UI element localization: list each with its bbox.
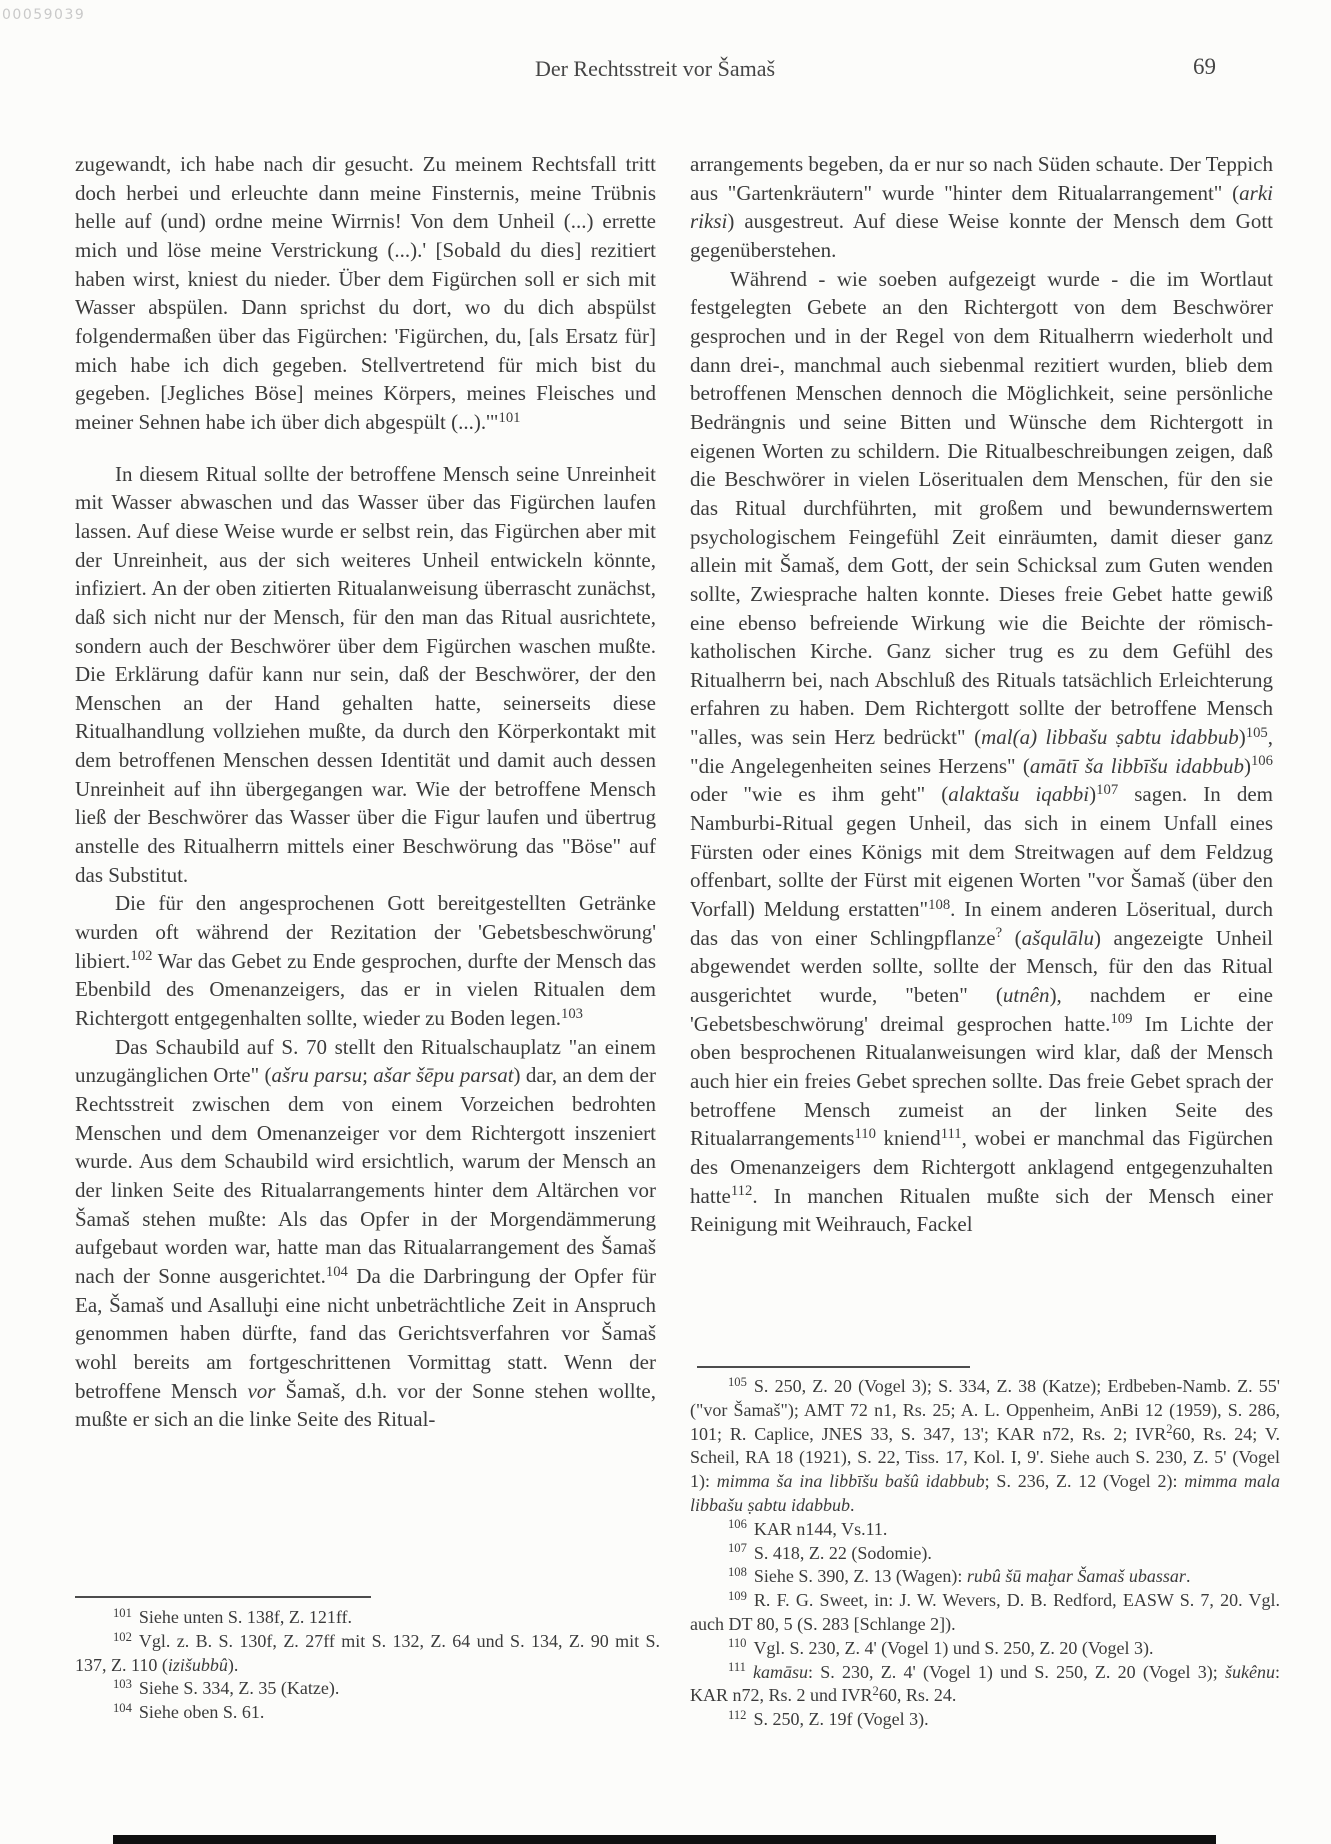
- footnote: 108Siehe S. 390, Z. 13 (Wagen): rubû šū …: [690, 1565, 1280, 1589]
- footnote-marker: 111: [941, 1126, 962, 1142]
- text-run: S. 250, Z. 19f (Vogel 3).: [753, 1709, 928, 1729]
- text-run: Siehe S. 334, Z. 35 (Katze).: [139, 1678, 339, 1698]
- footnote-number: 102: [113, 1630, 132, 1644]
- footnote-number: 105: [728, 1375, 747, 1389]
- footnote-number: 111: [728, 1660, 746, 1674]
- italic-term: kamāsu: [753, 1662, 808, 1682]
- right-text-column: arrangements begeben, da er nur so nach …: [690, 150, 1273, 1239]
- footnote-number: 108: [728, 1565, 747, 1579]
- text-run: R. F. G. Sweet, in: J. W. Wevers, D. B. …: [690, 1590, 1280, 1634]
- italic-term: šukênu: [1225, 1662, 1275, 1682]
- text-run: In diesem Ritual sollte der betroffene M…: [75, 462, 656, 887]
- scan-edge-artifact: [113, 1835, 1216, 1844]
- footnote: 105S. 250, Z. 20 (Vogel 3); S. 334, Z. 3…: [690, 1375, 1280, 1518]
- footnote-number: 103: [113, 1677, 132, 1691]
- italic-term: alaktašu iqabbi: [948, 782, 1089, 806]
- text-run: S. 418, Z. 22 (Sodomie).: [754, 1543, 932, 1563]
- footnote: 107S. 418, Z. 22 (Sodomie).: [690, 1542, 1280, 1566]
- footnote-marker: 106: [1251, 753, 1273, 769]
- footnote-marker: 108: [928, 897, 950, 913]
- italic-term: vor: [247, 1379, 275, 1403]
- paragraph: Während - wie soeben aufgezeigt wurde - …: [690, 265, 1273, 1239]
- footnote-marker: 110: [854, 1126, 876, 1142]
- footnote-marker: 102: [130, 948, 152, 964]
- italic-term: utnên: [1003, 983, 1050, 1007]
- text-run: Siehe S. 390, Z. 13 (Wagen):: [754, 1566, 967, 1586]
- text-run: Siehe unten S. 138f, Z. 121ff.: [139, 1607, 352, 1627]
- footnote-marker: 104: [326, 1264, 348, 1280]
- italic-term: ašru parsu: [272, 1063, 363, 1087]
- text-run: ): [1244, 754, 1251, 778]
- footnote-marker: 107: [1096, 782, 1118, 798]
- footnote: 104Siehe oben S. 61.: [75, 1701, 660, 1725]
- scanned-book-page: 00059039 Der Rechtsstreit vor Šamaš 69 z…: [0, 0, 1331, 1844]
- text-run: . In manchen Ritualen mußte sich der Men…: [690, 1184, 1273, 1237]
- text-run: ; S. 236, Z. 12 (Vogel 2):: [985, 1471, 1185, 1491]
- text-run: KAR n144, Vs.11.: [754, 1519, 888, 1539]
- footnote-number: 106: [728, 1517, 747, 1531]
- footnote: 110Vgl. S. 230, Z. 4' (Vogel 1) und S. 2…: [690, 1637, 1280, 1661]
- footnote-number: 110: [728, 1636, 746, 1650]
- italic-term: izišubbû: [168, 1655, 228, 1675]
- text-run: oder "wie es ihm geht" (: [690, 782, 948, 806]
- text-run: (: [1002, 926, 1022, 950]
- footnote-number: 101: [113, 1606, 132, 1620]
- footnote-separator-right: [697, 1366, 970, 1368]
- text-run: ) ausgestreut. Auf diese Weise konnte de…: [690, 209, 1273, 262]
- footnote-marker: 105: [1246, 725, 1268, 741]
- footnote: 103Siehe S. 334, Z. 35 (Katze).: [75, 1677, 660, 1701]
- text-run: Siehe oben S. 61.: [139, 1702, 265, 1722]
- footnote-number: 109: [728, 1589, 747, 1603]
- text-run: .: [850, 1495, 855, 1515]
- text-run: Vgl. S. 230, Z. 4' (Vogel 1) und S. 250,…: [753, 1638, 1153, 1658]
- text-run: 60, Rs. 24.: [879, 1685, 957, 1705]
- text-run: Vgl. z. B. S. 130f, Z. 27ff mit S. 132, …: [75, 1631, 660, 1675]
- footnote-separator-left: [75, 1596, 371, 1598]
- italic-term: mal(a) libbašu ṣabtu idabbub: [981, 725, 1239, 749]
- left-text-column: zugewandt, ich habe nach dir gesucht. Zu…: [75, 150, 656, 1434]
- footnote-number: 112: [728, 1708, 746, 1722]
- footnote: 102Vgl. z. B. S. 130f, Z. 27ff mit S. 13…: [75, 1630, 660, 1678]
- footnote-marker: ?: [996, 925, 1003, 941]
- italic-term: ašqulālu: [1022, 926, 1094, 950]
- footnote-marker: 101: [498, 410, 520, 426]
- text-run: arrangements begeben, da er nur so nach …: [690, 152, 1273, 205]
- text-run: : S. 230, Z. 4' (Vogel 1) und S. 250, Z.…: [808, 1662, 1225, 1682]
- text-run: zugewandt, ich habe nach dir gesucht. Zu…: [75, 152, 656, 434]
- footnotes-left: 101Siehe unten S. 138f, Z. 121ff.102Vgl.…: [75, 1606, 660, 1725]
- text-run: Während - wie soeben aufgezeigt wurde - …: [690, 267, 1273, 750]
- paragraph: In diesem Ritual sollte der betroffene M…: [75, 460, 656, 890]
- paragraph: zugewandt, ich habe nach dir gesucht. Zu…: [75, 150, 656, 437]
- footnote: 111kamāsu: S. 230, Z. 4' (Vogel 1) und S…: [690, 1661, 1280, 1709]
- footnote-marker: 103: [561, 1006, 583, 1022]
- text-run: ;: [362, 1063, 373, 1087]
- text-run: ).: [228, 1655, 239, 1675]
- paragraph: Das Schaubild auf S. 70 stellt den Ritua…: [75, 1033, 656, 1434]
- footnote-number: 107: [728, 1541, 747, 1555]
- text-run: .: [1186, 1566, 1191, 1586]
- paragraph: Die für den angesprochenen Gott bereitge…: [75, 889, 656, 1032]
- running-header-title: Der Rechtsstreit vor Šamaš: [75, 56, 1235, 82]
- footnote: 109R. F. G. Sweet, in: J. W. Wevers, D. …: [690, 1589, 1280, 1637]
- page-number: 69: [1193, 54, 1216, 80]
- paragraph: arrangements begeben, da er nur so nach …: [690, 150, 1273, 265]
- italic-term: ašar šēpu parsat: [373, 1063, 513, 1087]
- italic-term: rubû šū maḫar Šamaš ubassar: [967, 1566, 1186, 1586]
- footnote-marker: 112: [731, 1183, 753, 1199]
- footnote-marker: 2: [873, 1684, 879, 1698]
- footnotes-right: 105S. 250, Z. 20 (Vogel 3); S. 334, Z. 3…: [690, 1375, 1280, 1732]
- footnote: 106KAR n144, Vs.11.: [690, 1518, 1280, 1542]
- italic-term: amātī ša libbīšu idabbub: [1030, 754, 1244, 778]
- text-run: kniend: [876, 1126, 941, 1150]
- scan-stamp-number: 00059039: [2, 7, 85, 23]
- footnote: 112S. 250, Z. 19f (Vogel 3).: [690, 1708, 1280, 1732]
- text-run: ): [1239, 725, 1246, 749]
- footnote-marker: 109: [1110, 1011, 1132, 1027]
- footnote-number: 104: [113, 1701, 132, 1715]
- text-run: ) dar, an dem der Rechtsstreit zwischen …: [75, 1063, 656, 1288]
- footnote: 101Siehe unten S. 138f, Z. 121ff.: [75, 1606, 660, 1630]
- footnote-marker: 2: [1166, 1422, 1172, 1436]
- italic-term: mimma ša ina libbīšu bašû idabbub: [717, 1471, 985, 1491]
